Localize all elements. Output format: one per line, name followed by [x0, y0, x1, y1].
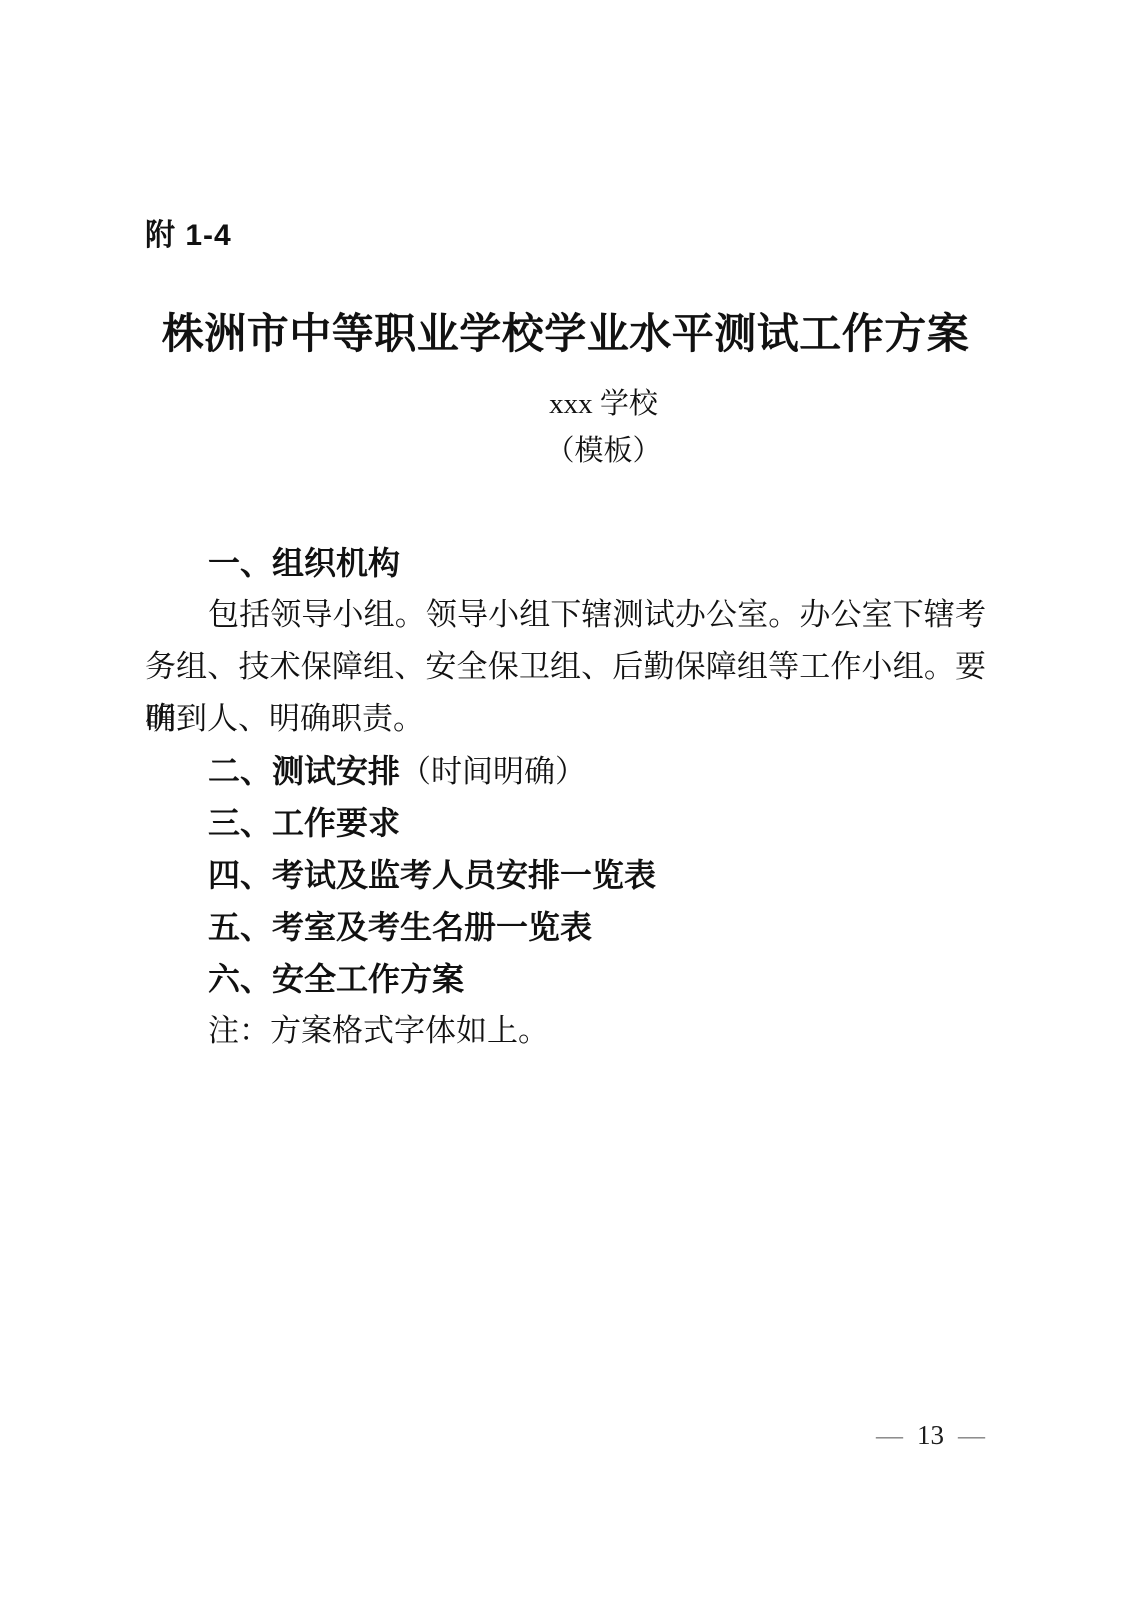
page-number-dash-right: —: [958, 1420, 985, 1450]
paragraph-line-1: 包括领导小组。领导小组下辖测试办公室。办公室下辖考: [145, 589, 986, 641]
subtitle-school-name: xxx 学校: [38, 381, 1131, 422]
section-heading-5: 五、考室及考生名册一览表: [145, 901, 986, 953]
document-page: 附 1-4 株洲市中等职业学校学业水平测试工作方案 xxx 学校 （模板） 一、…: [0, 0, 1131, 1600]
section-heading-2: 二、测试安排（时间明确）: [145, 745, 986, 797]
section-heading-3: 三、工作要求: [145, 797, 986, 849]
document-body: 一、组织机构 包括领导小组。领导小组下辖测试办公室。办公室下辖考 务组、技术保障…: [145, 537, 986, 1057]
page-number-dash-left: —: [876, 1420, 903, 1450]
section-heading-5-bold: 五、考室及考生名册一览表: [208, 909, 592, 945]
subtitle-template-note: （模板）: [38, 428, 1131, 469]
section-heading-4: 四、考试及监考人员安排一览表: [145, 849, 986, 901]
section-heading-3-bold: 三、工作要求: [208, 805, 400, 841]
section-heading-1: 一、组织机构: [145, 537, 986, 589]
document-title: 株洲市中等职业学校学业水平测试工作方案: [0, 301, 1131, 361]
section-heading-6-bold: 六、安全工作方案: [208, 961, 464, 997]
page-number: 13: [903, 1420, 958, 1450]
paragraph-line-2: 务组、技术保障组、安全保卫组、后勤保障组等工作小组。要明: [145, 641, 986, 693]
section-heading-2-annotation: （时间明确）: [400, 754, 586, 789]
section-heading-4-bold: 四、考试及监考人员安排一览表: [208, 857, 656, 893]
section-heading-2-bold: 二、测试安排: [208, 753, 400, 789]
page-number-footer: —13—: [876, 1420, 985, 1451]
attachment-label: 附 1-4: [145, 210, 232, 254]
section-heading-6: 六、安全工作方案: [145, 953, 986, 1005]
format-note: 注：方案格式字体如上。: [145, 1005, 986, 1057]
paragraph-line-3: 确到人、明确职责。: [145, 693, 986, 745]
